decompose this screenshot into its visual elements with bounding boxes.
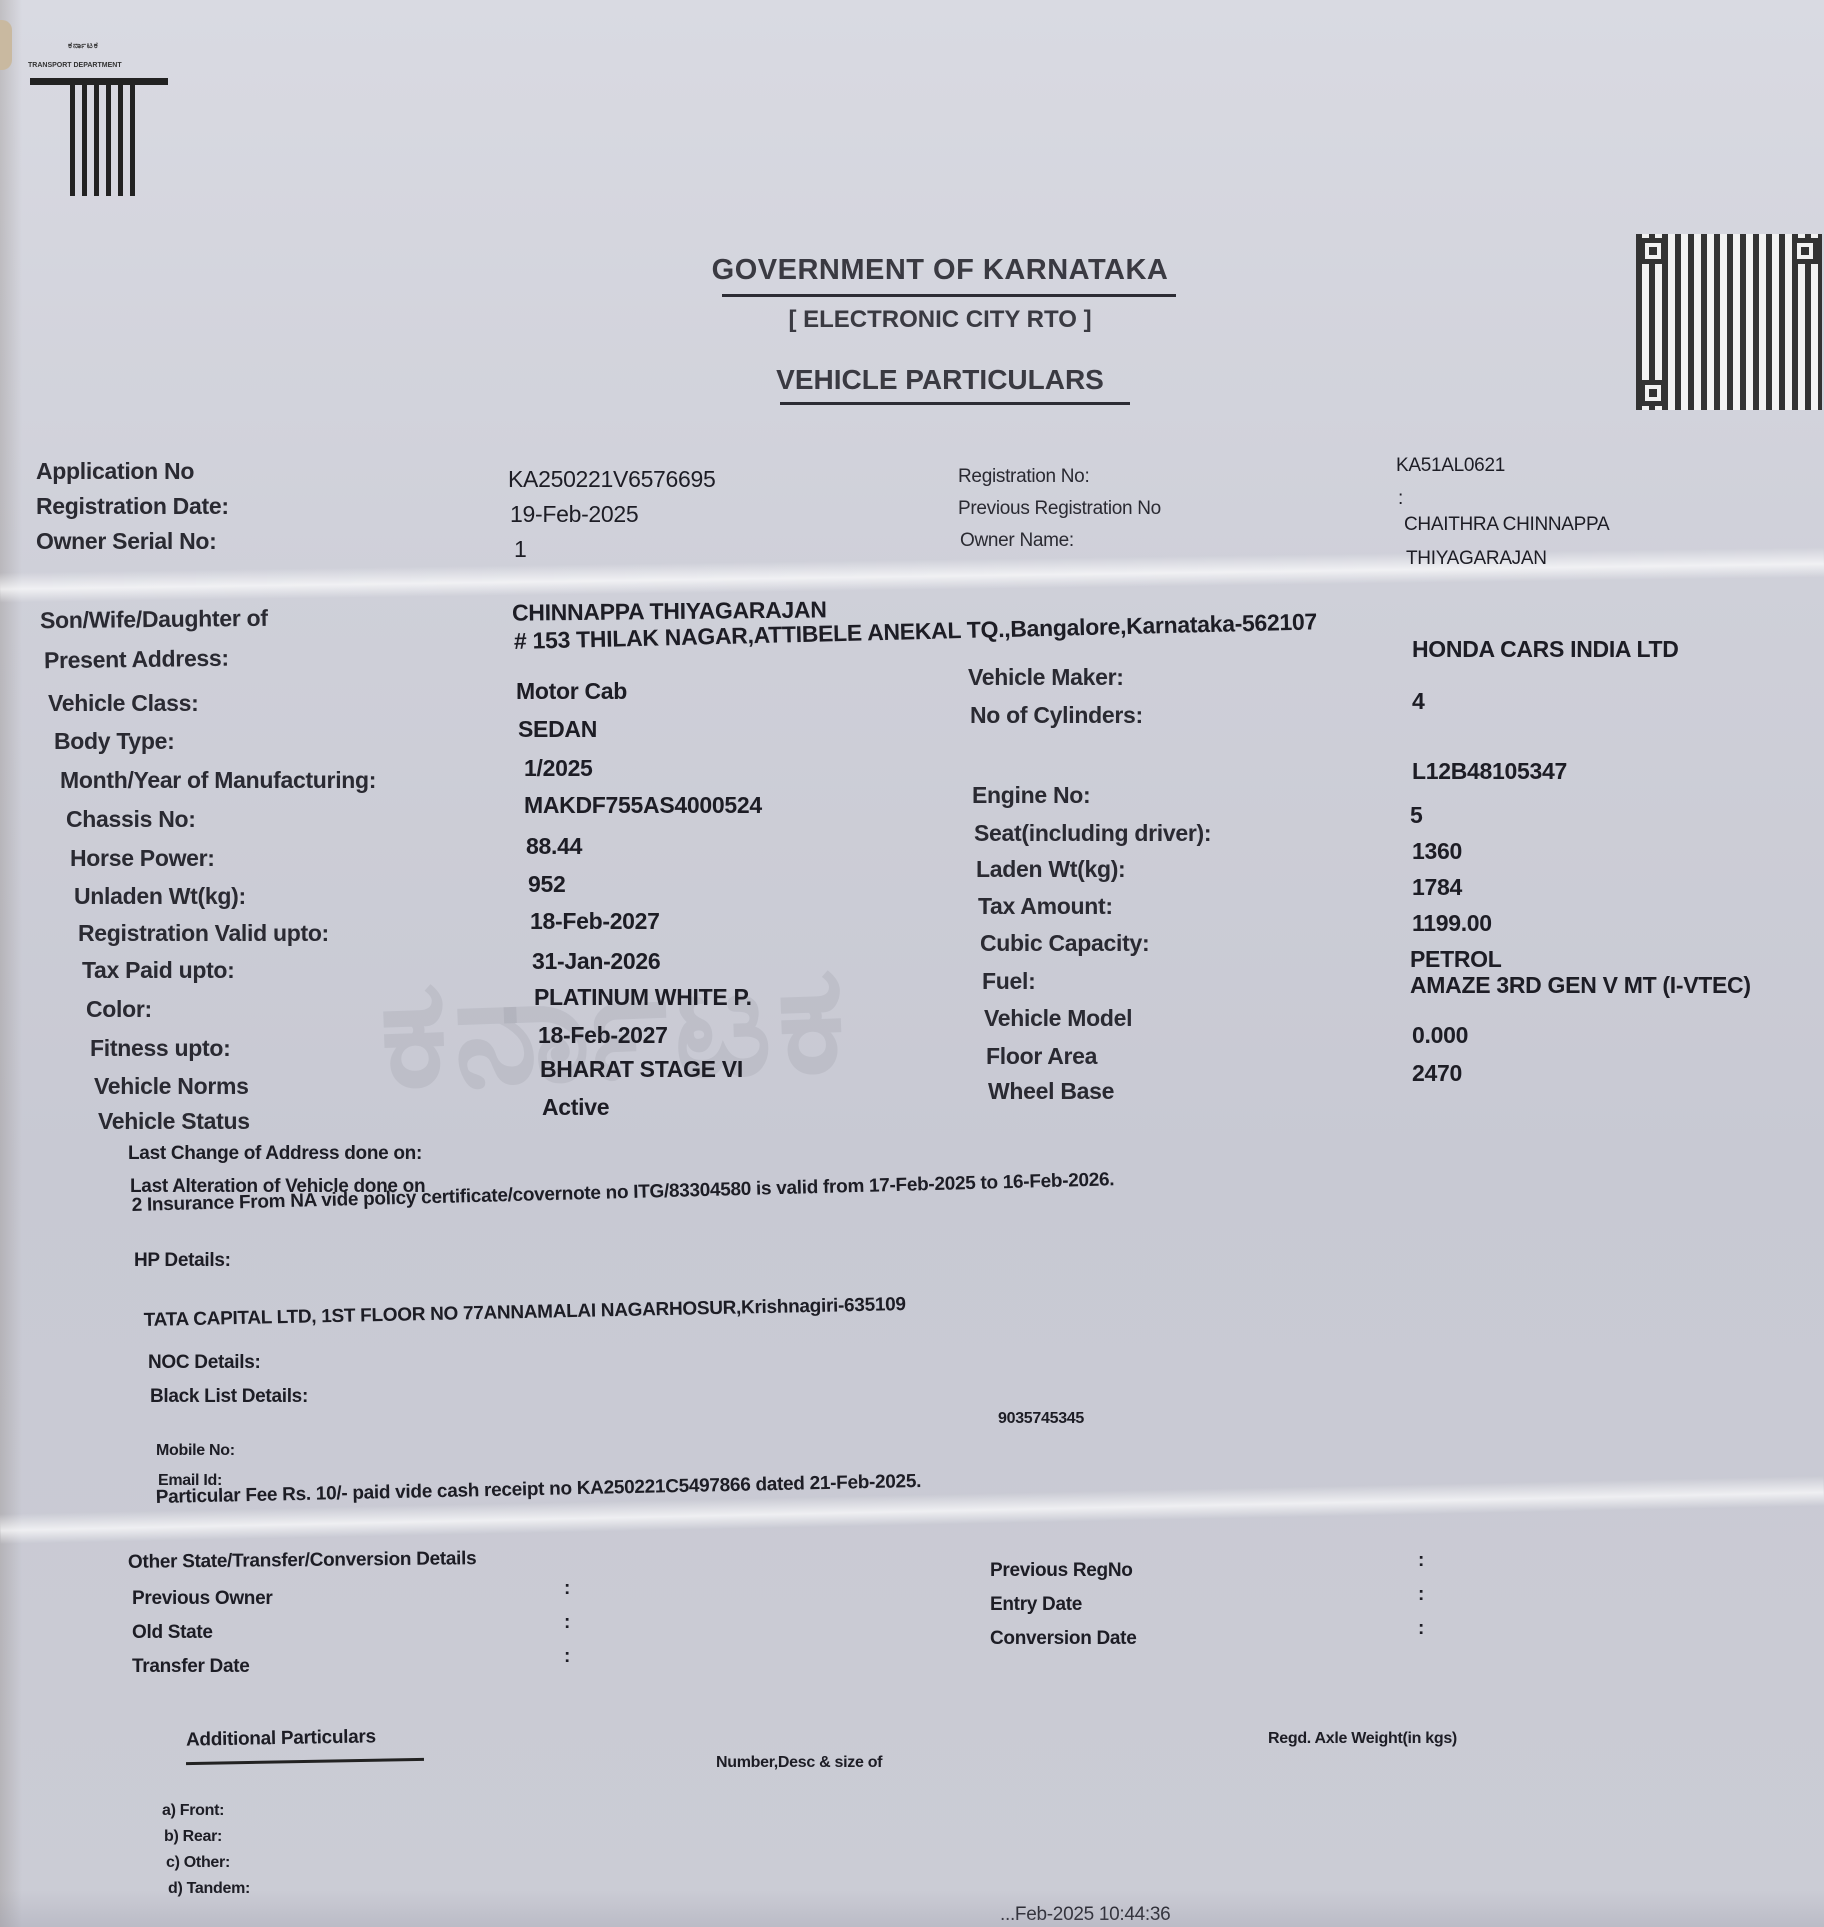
unladen-wt-kg-label: Unladen Wt(kg): (74, 883, 246, 910)
vehicle-model-value: AMAZE 3RD GEN V MT (I-VTEC) (1410, 972, 1751, 999)
transfer-date-label: Transfer Date (132, 1656, 250, 1678)
seat-including-driver-value: 5 (1410, 802, 1423, 829)
chassis-no-label: Chassis No: (66, 806, 196, 833)
floor-area-label: Floor Area (986, 1043, 1097, 1070)
page-edge-shadow (0, 0, 22, 1927)
qr-code-icon (1636, 234, 1822, 410)
tax-amount-value: 1784 (1412, 874, 1462, 901)
vehicle-class-value: Motor Cab (516, 678, 627, 705)
tax-amount-label: Tax Amount: (978, 893, 1113, 920)
mobile-number-label: Mobile No: (156, 1442, 235, 1460)
unladen-wt-kg-value: 952 (528, 871, 565, 898)
cubic-capacity-value: 1199.00 (1412, 910, 1492, 937)
government-title: GOVERNMENT OF KARNATAKA (700, 254, 1180, 287)
registration-no-label: Registration No: (958, 466, 1089, 488)
old-state-label: Old State (132, 1622, 213, 1644)
axle-weight-column: Regd. Axle Weight(in kgs) (1268, 1730, 1457, 1748)
no-of-cylinders-label: No of Cylinders: (970, 702, 1143, 729)
hp-details-value: TATA CAPITAL LTD, 1ST FLOOR NO 77ANNAMAL… (144, 1294, 906, 1332)
conversion-date-label: Conversion Date (990, 1628, 1136, 1650)
document-title-underline (780, 402, 1130, 405)
logo-subcaption: TRANSPORT DEPARTMENT (28, 62, 122, 69)
transfer-date-value: : (564, 1646, 570, 1668)
wheel-base-label: Wheel Base (988, 1078, 1114, 1105)
previous-registration-no-value: : (1398, 488, 1403, 510)
body-type-label: Body Type: (54, 728, 175, 755)
fuel-value: PETROL (1410, 946, 1501, 973)
noc-details-label: NOC Details: (148, 1352, 261, 1374)
document-title: VEHICLE PARTICULARS (700, 364, 1180, 396)
vehicle-norms-label: Vehicle Norms (94, 1073, 249, 1100)
registration-date-label: Registration Date: (36, 493, 229, 520)
logo-caption: ಕರ್ನಾಟಕ (68, 40, 99, 51)
seat-including-driver-label: Seat(including driver): (974, 820, 1211, 847)
finger-edge (0, 20, 12, 70)
tax-paid-upto-label: Tax Paid upto: (82, 957, 235, 984)
previous-regno-label: Previous RegNo (990, 1560, 1133, 1582)
owner-serial-no-label: Owner Serial No: (36, 528, 217, 555)
vehicle-status-value: Active (542, 1094, 609, 1121)
vehicle-class-label: Vehicle Class: (48, 690, 199, 717)
owner-serial-no-value: 1 (514, 536, 527, 563)
cubic-capacity-label: Cubic Capacity: (980, 930, 1149, 957)
vehicle-norms-value: BHARAT STAGE VI (540, 1056, 743, 1083)
month-year-of-manufacturing-value: 1/2025 (524, 755, 593, 782)
horse-power-label: Horse Power: (70, 845, 215, 872)
entry-date-value: : (1418, 1584, 1424, 1606)
owner-name-value-line2: THIYAGARAJAN (1406, 548, 1547, 570)
vehicle-model-label: Vehicle Model (984, 1005, 1132, 1032)
previous-owner-label: Previous Owner (132, 1588, 272, 1610)
tax-paid-upto-value: 31-Jan-2026 (532, 948, 660, 975)
fitness-upto-label: Fitness upto: (90, 1035, 230, 1062)
registration-valid-upto-value: 18-Feb-2027 (530, 908, 660, 935)
relation-label: Son/Wife/Daughter of (40, 605, 268, 634)
additional-particulars-heading: Additional Particulars (186, 1726, 376, 1751)
mobile-number-value: 9035745345 (998, 1410, 1084, 1428)
vehicle-particulars-document: ಕರ್ನಾಟಕ ಕರ್ನಾಟಕ TRANSPORT DEPARTMENT GOV… (0, 0, 1824, 1927)
previous-regno-value: : (1418, 1550, 1424, 1572)
vehicle-maker-label: Vehicle Maker: (968, 664, 1124, 691)
laden-wt-kg-label: Laden Wt(kg): (976, 856, 1125, 883)
owner-name-label: Owner Name: (960, 530, 1074, 552)
previous-registration-no-label: Previous Registration No (958, 498, 1161, 520)
chassis-no-value: MAKDF755AS4000524 (524, 792, 762, 819)
black-list-details-label: Black List Details: (150, 1386, 308, 1408)
application-no-label: Application No (36, 458, 194, 485)
present-address-label: Present Address: (44, 645, 229, 675)
last-change-of-address: Last Change of Address done on: (128, 1143, 422, 1165)
engine-no-label: Engine No: (972, 782, 1090, 809)
owner-name-value-line1: CHAITHRA CHINNAPPA (1404, 514, 1609, 536)
application-no-value: KA250221V6576695 (508, 466, 716, 493)
color-label: Color: (86, 996, 152, 1023)
body-type-value: SEDAN (518, 716, 597, 743)
registration-date-value: 19-Feb-2025 (510, 501, 638, 528)
number-desc-size-column: Number,Desc & size of (716, 1754, 882, 1772)
previous-owner-value: : (564, 1578, 570, 1600)
laden-wt-kg-value: 1360 (1412, 838, 1462, 865)
paper-fold (0, 547, 1824, 602)
fuel-label: Fuel: (982, 968, 1035, 995)
transport-department-logo-icon: ಕರ್ನಾಟಕ TRANSPORT DEPARTMENT (28, 40, 173, 160)
additional-particulars-underline (186, 1758, 424, 1765)
registration-no-value: KA51AL0621 (1396, 455, 1505, 477)
fitness-upto-value: 18-Feb-2027 (538, 1022, 668, 1049)
vehicle-maker-value: HONDA CARS INDIA LTD (1412, 636, 1679, 663)
no-of-cylinders-value: 4 (1412, 688, 1425, 715)
additional-item-a-front: a) Front: (162, 1802, 224, 1820)
entry-date-label: Entry Date (990, 1594, 1082, 1616)
horse-power-value: 88.44 (526, 833, 582, 860)
additional-item-c-other: c) Other: (166, 1854, 230, 1872)
conversion-date-value: : (1418, 1618, 1424, 1640)
page-bottom-shadow (0, 1890, 1824, 1927)
vehicle-status-label: Vehicle Status (98, 1108, 250, 1135)
transfer-details-heading: Other State/Transfer/Conversion Details (128, 1548, 477, 1574)
color-value: PLATINUM WHITE P. (534, 984, 752, 1011)
old-state-value: : (564, 1612, 570, 1634)
month-year-of-manufacturing-label: Month/Year of Manufacturing: (60, 767, 376, 794)
additional-item-b-rear: b) Rear: (164, 1828, 222, 1846)
title-underline (722, 294, 1176, 297)
wheel-base-value: 2470 (1412, 1060, 1462, 1087)
engine-no-value: L12B48105347 (1412, 758, 1567, 785)
hp-details-label: HP Details: (134, 1250, 231, 1272)
floor-area-value: 0.000 (1412, 1022, 1468, 1049)
rto-office: [ ELECTRONIC CITY RTO ] (700, 306, 1180, 334)
registration-valid-upto-label: Registration Valid upto: (78, 920, 329, 947)
